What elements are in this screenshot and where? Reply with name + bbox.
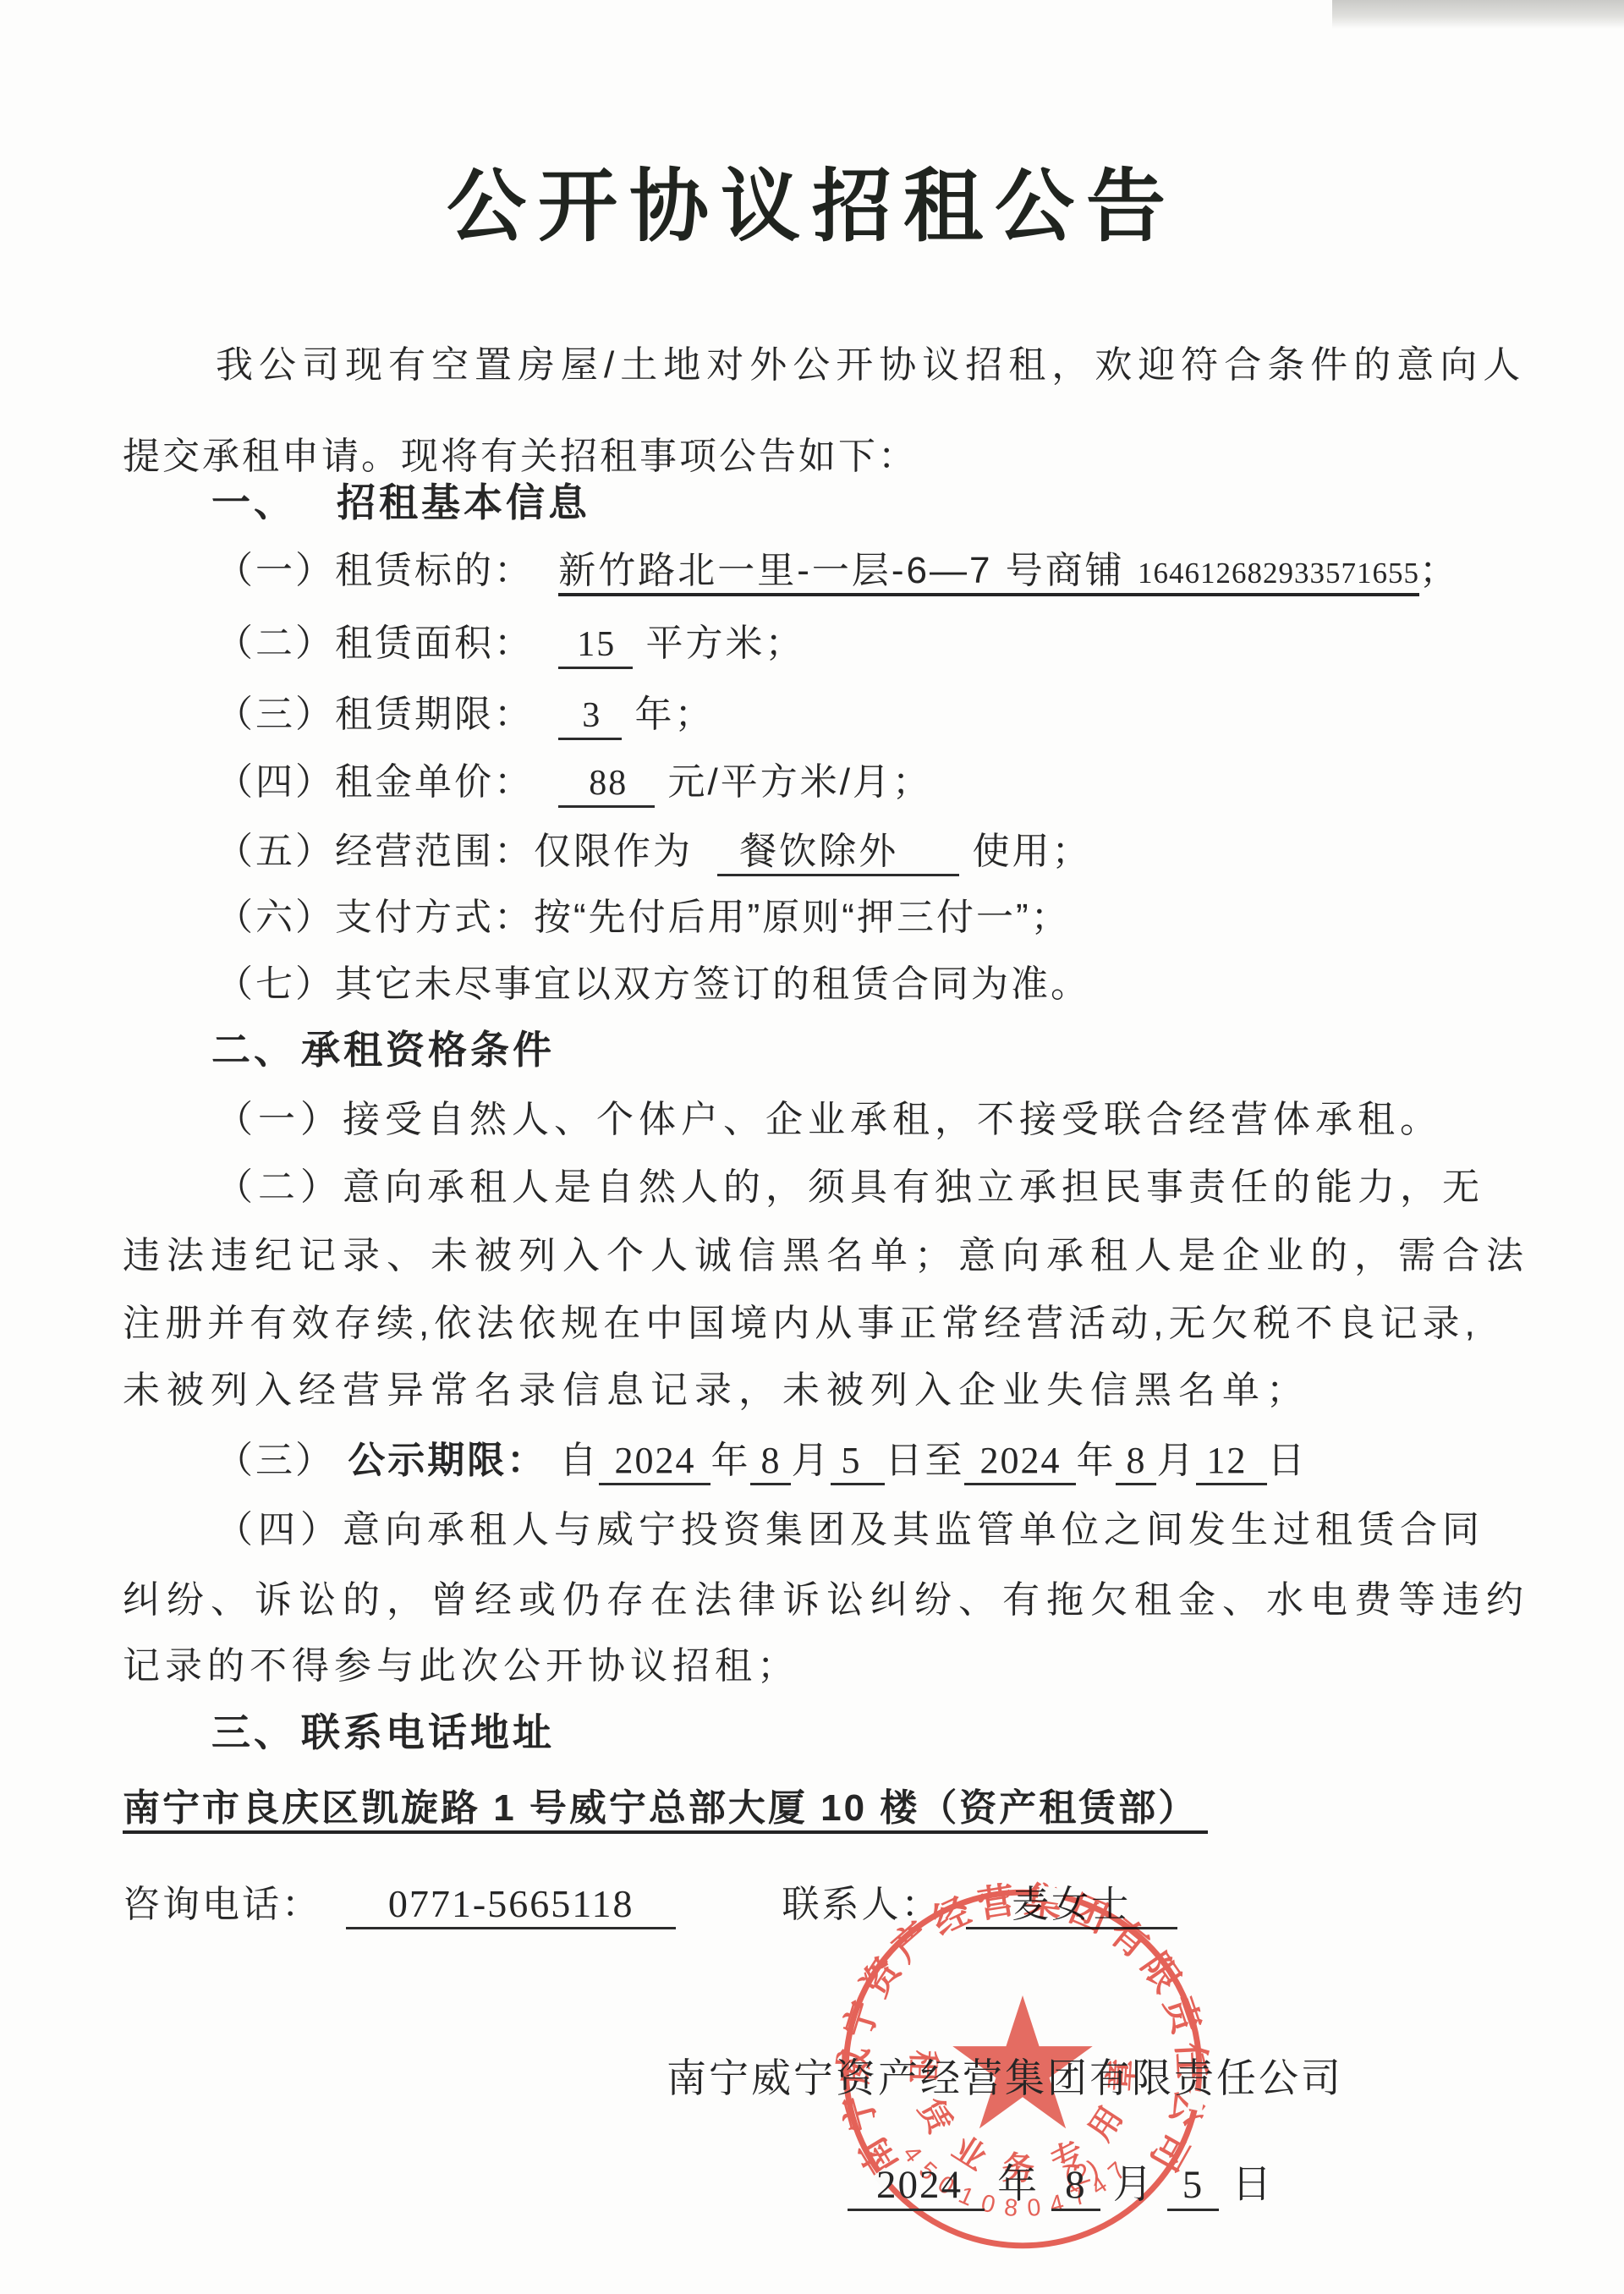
- item-lease-subject: （一）租赁标的： 新竹路北一里-一层-6—7 号商铺 1646126829335…: [216, 540, 1459, 596]
- sign-year: 2024: [876, 2163, 963, 2207]
- section2-number: 二、: [211, 1028, 296, 1072]
- qualification-p2-line1: （二）意向承租人是自然人的，须具有独立承担民事责任的能力，无: [216, 1156, 1484, 1210]
- lease-subject-label: （一）租赁标的：: [216, 550, 534, 591]
- address-line: 南宁市良庆区凯旋路 1 号威宁总部大厦 10 楼（资产租赁部）: [123, 1786, 1208, 1834]
- sign-month-cn: 月: [1113, 2161, 1155, 2206]
- sign-year-underline: 2024: [848, 2160, 985, 2211]
- dispute-p-line1: （四）意向承租人与威宁投资集团及其监管单位之间发生过租赁合同: [216, 1499, 1484, 1553]
- section1-heading-label: 招租基本信息: [337, 480, 590, 524]
- lease-term-value: 3: [582, 696, 601, 735]
- end-month-cn: 月: [1156, 1440, 1196, 1481]
- qualification-p1: （一）接受自然人、个体户、企业承租，不接受联合经营体承租。: [216, 1089, 1442, 1143]
- start-year-cn: 年: [710, 1440, 750, 1481]
- sign-day: 5: [1182, 2163, 1204, 2207]
- lease-area-label: （二）租赁面积：: [216, 623, 534, 664]
- phone-underline: 0771-5665118: [346, 1881, 676, 1929]
- end-year: 2024: [979, 1440, 1061, 1481]
- end-year-underline: 2024: [964, 1439, 1076, 1485]
- lease-subject-id-number: 164612682933571655: [1138, 557, 1419, 590]
- section1-number: 一、: [211, 480, 296, 524]
- item-business-scope: （五）经营范围：仅限作为 餐饮除外 使用；: [216, 820, 1091, 876]
- start-month: 8: [760, 1440, 781, 1481]
- section3-heading: 三、联系电话地址: [211, 1702, 555, 1758]
- sign-month: 8: [1065, 2163, 1087, 2207]
- section3-heading-label: 联系电话地址: [301, 1710, 555, 1754]
- end-month: 8: [1126, 1440, 1146, 1481]
- section2-heading: 二、承租资格条件: [211, 1019, 555, 1075]
- business-scope-label: （五）经营范围：仅限作为: [216, 831, 693, 872]
- item-rent-price: （四）租金单价： 88 元/平方米/月；: [216, 751, 932, 808]
- sign-day-cn: 日: [1232, 2161, 1273, 2206]
- item-payment-method: （六）支付方式：按“先付后用”原则“押三付一”；: [216, 886, 1071, 941]
- sign-month-underline: 8: [1051, 2160, 1100, 2211]
- item-lease-area: （二）租赁面积： 15 平方米；: [216, 612, 804, 669]
- rent-price-label: （四）租金单价：: [216, 761, 534, 803]
- business-scope-tail: 使用；: [972, 831, 1091, 872]
- start-month-underline: 8: [750, 1439, 791, 1485]
- publicity-period-line: （三） 公示期限： 自2024年8月5日至2024年8月12日: [216, 1430, 1307, 1485]
- qualification-p2-line4: 未被列入经营异常名录信息记录，未被列入企业失信黑名单；: [123, 1359, 1310, 1413]
- item-other-terms: （七）其它未尽事宜以双方签订的租赁合同为准。: [216, 953, 1090, 1007]
- publicity-period-from: 自: [559, 1440, 599, 1481]
- lease-subject-value: 新竹路北一里-一层-6—7 号商铺: [558, 550, 1124, 591]
- lease-area-value: 15: [577, 625, 616, 664]
- dispute-p-line3: 记录的不得参与此次公开协议招租；: [123, 1635, 799, 1689]
- section3-number: 三、: [211, 1710, 296, 1754]
- address-underline: 南宁市良庆区凯旋路 1 号威宁总部大厦 10 楼（资产租赁部）: [123, 1786, 1208, 1834]
- start-day: 5: [841, 1440, 861, 1481]
- dispute-p-line2: 纠纷、诉讼的，曾经或仍存在法律诉讼纠纷、有拖欠租金、水电费等违约: [123, 1569, 1530, 1623]
- lease-term-underline: 3: [558, 693, 622, 740]
- publicity-period-label: 公示期限：: [348, 1440, 546, 1481]
- end-year-cn: 年: [1076, 1440, 1116, 1481]
- announcement-document: 公开协议招租公告 我公司现有空置房屋/土地对外公开协议招租，欢迎符合条件的意向人…: [0, 0, 1624, 2294]
- rent-price-underline: 88: [558, 760, 655, 808]
- end-month-underline: 8: [1116, 1439, 1156, 1485]
- address-text: 南宁市良庆区凯旋路 1 号威宁总部大厦 10 楼（资产租赁部）: [123, 1787, 1198, 1829]
- start-month-cn: 月: [791, 1440, 831, 1481]
- signing-date: 2024 年 8 月 5 日: [848, 2153, 1273, 2211]
- sign-day-underline: 5: [1167, 2160, 1220, 2211]
- phone-label: 咨询电话：: [123, 1884, 321, 1925]
- scan-shadow-top-right: [1332, 0, 1624, 29]
- end-day-underline: 12: [1196, 1439, 1267, 1485]
- section2-heading-label: 承租资格条件: [301, 1028, 555, 1072]
- business-scope-value: 餐饮除外: [739, 831, 898, 872]
- lease-subject-tail: ；: [1419, 550, 1459, 591]
- rent-price-tail: 元/平方米/月；: [667, 761, 931, 803]
- publicity-period-prefix: （三）: [216, 1440, 335, 1481]
- signing-company: 南宁威宁资产经营集团有限责任公司: [667, 2047, 1343, 2104]
- lease-term-tail: 年；: [634, 694, 714, 735]
- business-scope-underline: 餐饮除外: [717, 830, 959, 876]
- lease-subject-value-underline: 新竹路北一里-一层-6—7 号商铺 164612682933571655: [558, 549, 1419, 596]
- start-year-underline: 2024: [599, 1439, 710, 1485]
- section1-heading: 一、招租基本信息: [211, 472, 590, 528]
- lease-area-underline: 15: [558, 622, 633, 669]
- phone-number: 0771-5665118: [388, 1882, 634, 1925]
- end-day-cn: 日: [1267, 1440, 1307, 1481]
- sign-year-cn: 年: [997, 2161, 1039, 2206]
- page-title: 公开协议招租公告: [0, 142, 1624, 256]
- period-mid: 日至: [885, 1440, 964, 1481]
- lease-term-label: （三）租赁期限：: [216, 694, 534, 735]
- end-day: 12: [1206, 1440, 1247, 1481]
- intro-line-1: 我公司现有空置房屋/土地对外公开协议招租，欢迎符合条件的意向人: [216, 334, 1526, 388]
- rent-price-value: 88: [589, 764, 628, 803]
- start-year: 2024: [614, 1440, 695, 1481]
- start-day-underline: 5: [831, 1439, 885, 1485]
- qualification-p2-line2: 违法违纪记录、未被列入个人诚信黑名单；意向承租人是企业的，需合法: [123, 1225, 1530, 1279]
- item-lease-term: （三）租赁期限： 3 年；: [216, 683, 714, 740]
- qualification-p2-line3: 注册并有效存续,依法依规在中国境内从事正常经营活动,无欠税不良记录,: [123, 1292, 1480, 1347]
- lease-area-tail: 平方米；: [645, 623, 804, 664]
